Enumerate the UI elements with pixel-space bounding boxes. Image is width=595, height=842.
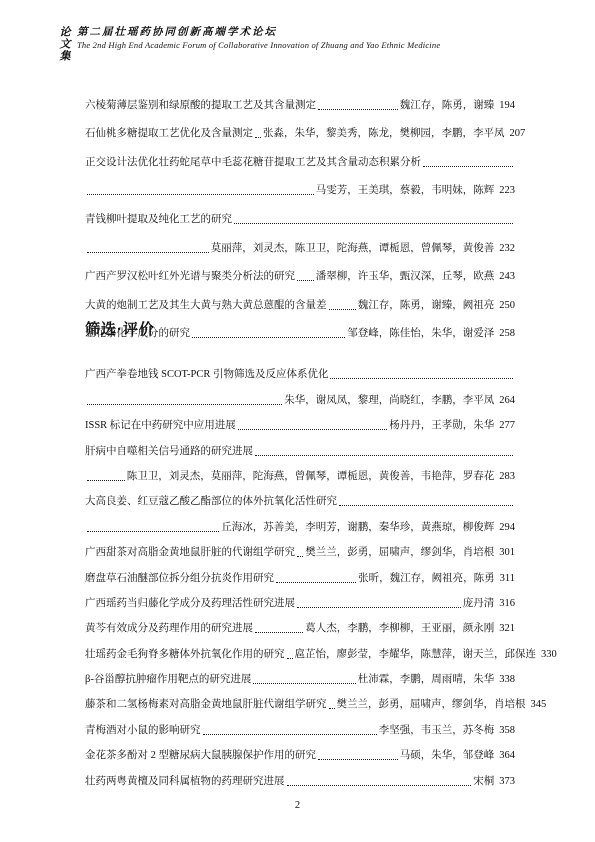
forum-title-english: The 2nd High End Academic Forum of Colla… xyxy=(77,40,440,50)
entry-authors-page: 扈芷怡，廖彭莹，李耀华，陈慧萍，谢天兰，邱保连330 xyxy=(295,648,557,662)
entry-title: 广西瑶药当归藤化学成分及药理活性研究进展 xyxy=(85,597,295,611)
entry-page-number: 223 xyxy=(499,185,515,196)
entry-title: 正交设计法优化壮药蛇尾草中毛蕊花糖苷提取工艺及其含量动态积累分析 xyxy=(85,156,421,170)
dot-leader xyxy=(329,309,356,310)
toc-entry-line: 藤茶和二氢杨梅素对高脂金黄地鼠肝脏代谢组学研究樊兰兰，彭勇，屈啸声，缪剑华，肖培… xyxy=(85,687,515,712)
toc-entry-line: 壮瑶药金毛狗脊多糖体外抗氧化作用的研究扈芷怡，廖彭莹，李耀华，陈慧萍，谢天兰，邱… xyxy=(85,636,515,661)
toc-entry-line: 广西产拳卷地钱 SCOT-PCR 引物筛选及反应体系优化 xyxy=(85,357,515,382)
entry-page-number: 373 xyxy=(499,776,515,787)
entry-title: 石仙桃多糖提取工艺优化及含量测定 xyxy=(85,127,253,141)
dot-leader xyxy=(255,455,513,456)
toc-entry-continuation-line: 朱华，谢凤凤，黎理，尚晓红，李鹏，李平凤264 xyxy=(85,382,515,407)
dot-leader xyxy=(318,759,398,760)
entry-title: 青钱柳叶提取及纯化工艺的研究 xyxy=(85,213,232,227)
entry-title: 磨盘草石油醚部位拆分组分抗炎作用研究 xyxy=(85,572,274,586)
entry-authors-page: 李坚强，韦玉兰，苏冬梅358 xyxy=(379,724,515,738)
entry-authors: 张淼，朱华，黎美秀，陈龙，樊柳园，李鹏，李平凤 xyxy=(263,128,505,139)
entry-authors: 潘翠柳，许玉华，甄汉深，丘琴，欧燕 xyxy=(316,271,495,282)
entry-authors-page: 魏江存，陈勇，谢臻194 xyxy=(400,99,515,113)
toc-entry-line: 肝病中自噬相关信号通路的研究进展 xyxy=(85,433,515,458)
toc-entry-line: 石仙桃多糖提取工艺优化及含量测定张淼，朱华，黎美秀，陈龙，樊柳园，李鹏，李平凤2… xyxy=(85,113,515,142)
entry-authors-page: 张淼，朱华，黎美秀，陈龙，樊柳园，李鹏，李平凤207 xyxy=(263,127,525,141)
toc-entry-continuation-line: 丘海冰，苏善美，李明芳，谢鹏，秦华珍，黄燕琼，柳俊辉294 xyxy=(85,509,515,534)
entry-authors: 张昕，魏江存，阙祖亮，陈勇 xyxy=(358,573,495,584)
toc-entry-line: 大黄的炮制工艺及其生大黄与熟大黄总蒽醌的含量差魏江存，陈勇，谢臻，阙祖亮250 xyxy=(85,284,515,313)
entry-authors-page: 马雯芳，王美琪，蔡毅，韦明妹，陈辉223 xyxy=(316,184,515,198)
toc-entry-continuation-line: 陈卫卫，刘灵杰，莫丽萍，陀海燕，曾佩琴，谭栀恩，黄俊善，韦艳萍，罗春花283 xyxy=(85,459,515,484)
entry-authors-page: 陈卫卫，刘灵杰，莫丽萍，陀海燕，曾佩琴，谭栀恩，黄俊善，韦艳萍，罗春花283 xyxy=(127,470,515,484)
entry-title: 广西产拳卷地钱 SCOT-PCR 引物筛选及反应体系优化 xyxy=(85,368,328,382)
entry-authors-page: 杜沛霖，李鹏，周雨晴，朱华338 xyxy=(358,673,515,687)
entry-page-number: 232 xyxy=(499,243,515,254)
entry-authors: 杜沛霖，李鹏，周雨晴，朱华 xyxy=(358,674,495,685)
entry-page-number: 321 xyxy=(499,623,515,634)
entry-title: 肝病中自噬相关信号通路的研究进展 xyxy=(85,445,253,459)
toc-entry-line: 广西甜茶对高脂金黄地鼠肝脏的代谢组学研究樊兰兰，彭勇，屈啸声，缪剑华，肖培根30… xyxy=(85,535,515,560)
dot-leader xyxy=(423,166,513,167)
entry-authors-page: 庞丹清316 xyxy=(463,597,515,611)
entry-title: 金花茶多酚对 2 型糖尿病大鼠胰腺保护作用的研究 xyxy=(85,749,316,763)
entry-page-number: 207 xyxy=(510,128,526,139)
entry-page-number: 294 xyxy=(499,522,515,533)
toc-entry-line: 正交设计法优化壮药蛇尾草中毛蕊花糖苷提取工艺及其含量动态积累分析 xyxy=(85,141,515,170)
dot-leader xyxy=(297,607,461,608)
entry-authors: 魏江存，陈勇，谢臻 xyxy=(400,100,495,111)
entry-authors: 陈卫卫，刘灵杰，莫丽萍，陀海燕，曾佩琴，谭栀恩，黄俊善，韦艳萍，罗春花 xyxy=(127,471,495,482)
entry-title: 广西甜茶对高脂金黄地鼠肝脏的代谢组学研究 xyxy=(85,546,295,560)
toc-entry-line: 黄芩有效成分及药理作用的研究进展葛人杰，李鹏，李柳柳，王亚丽，颜永刚321 xyxy=(85,611,515,636)
toc-block-extraction: 六棱菊薄层鉴别和绿原酸的提取工艺及其含量测定魏江存，陈勇，谢臻194石仙桃多糖提… xyxy=(85,84,515,341)
entry-authors: 莫丽萍，刘灵杰，陈卫卫，陀海燕，谭栀恩，曾佩琴，黄俊善 xyxy=(211,243,495,254)
entry-authors-page: 丘海冰，苏善美，李明芳，谢鹏，秦华珍，黄燕琼，柳俊辉294 xyxy=(221,521,515,535)
dot-leader xyxy=(87,194,314,195)
section-heading-screening-evaluation: 筛选·评价 xyxy=(85,318,155,339)
entry-title: β-谷甾醇抗肿瘤作用靶点的研究进展 xyxy=(85,673,251,687)
entry-title: 壮药两粤黄檀及同科属植物的药理研究进展 xyxy=(85,775,285,789)
dot-leader xyxy=(253,683,355,684)
entry-authors-page: 宋桐373 xyxy=(473,775,515,789)
entry-page-number: 258 xyxy=(499,328,515,339)
entry-page-number: 311 xyxy=(500,573,515,584)
toc-entry-line: 广西瑶药当归藤化学成分及药理活性研究进展庞丹清316 xyxy=(85,586,515,611)
dot-leader xyxy=(234,223,513,224)
entry-authors-page: 朱华，谢凤凤，黎理，尚晓红，李鹏，李平凤264 xyxy=(284,394,515,408)
dot-leader xyxy=(329,708,335,709)
entry-authors: 樊兰兰，彭勇，屈啸声，缪剑华，肖培根 xyxy=(305,547,494,558)
entry-authors: 邹登峰，陈佳怡，朱华，谢爱泽 xyxy=(347,328,494,339)
entry-title: 壮瑶药金毛狗脊多糖体外抗氧化作用的研究 xyxy=(85,648,285,662)
dot-leader xyxy=(87,252,209,253)
entry-page-number: 250 xyxy=(499,300,515,311)
entry-authors-page: 张昕，魏江存，阙祖亮，陈勇311 xyxy=(358,572,515,586)
entry-authors: 杨丹丹，王孝勋，朱华 xyxy=(389,420,494,431)
entry-authors-page: 潘翠柳，许玉华，甄汉深，丘琴，欧燕243 xyxy=(316,270,515,284)
entry-authors: 李坚强，韦玉兰，苏冬梅 xyxy=(379,725,495,736)
dot-leader xyxy=(287,658,293,659)
forum-title-chinese: 第二届壮瑶药协同创新高端学术论坛 xyxy=(77,24,440,39)
entry-authors: 马硕，朱华，邹登峰 xyxy=(400,750,495,761)
dot-leader xyxy=(276,582,356,583)
entry-authors-page: 马硕，朱华，邹登峰364 xyxy=(400,749,515,763)
footer-page-number: 2 xyxy=(0,800,595,811)
dot-leader xyxy=(339,505,513,506)
entry-title: 藤茶和二氢杨梅素对高脂金黄地鼠肝脏代谢组学研究 xyxy=(85,698,327,712)
entry-authors: 丘海冰，苏善美，李明芳，谢鹏，秦华珍，黄燕琼，柳俊辉 xyxy=(221,522,494,533)
toc-entry-line: 壮药两粤黄檀及同科属植物的药理研究进展宋桐373 xyxy=(85,763,515,788)
dot-leader xyxy=(238,429,387,430)
entry-authors: 樊兰兰，彭勇，屈啸声，缪剑华，肖培根 xyxy=(337,699,526,710)
entry-page-number: 338 xyxy=(499,674,515,685)
entry-page-number: 301 xyxy=(499,547,515,558)
toc-entry-line: 青钱柳叶提取及纯化工艺的研究 xyxy=(85,198,515,227)
toc-entry-line: 大高良姜、红豆蔻乙酸乙酯部位的体外抗氧化活性研究 xyxy=(85,484,515,509)
page-header: 论文集 第二届壮瑶药协同创新高端学术论坛 The 2nd High End Ac… xyxy=(58,24,535,62)
toc-entry-line: 青梅酒对小鼠的影响研究李坚强，韦玉兰，苏冬梅358 xyxy=(85,712,515,737)
dot-leader xyxy=(297,556,303,557)
toc-entry-line: 金花茶多酚对 2 型糖尿病大鼠胰腺保护作用的研究马硕，朱华，邹登峰364 xyxy=(85,738,515,763)
dot-leader xyxy=(87,404,282,405)
entry-title: 青梅酒对小鼠的影响研究 xyxy=(85,724,201,738)
entry-page-number: 277 xyxy=(499,420,515,431)
entry-authors: 葛人杰，李鹏，李柳柳，王亚丽，颜永刚 xyxy=(305,623,494,634)
entry-title: 六棱菊薄层鉴别和绿原酸的提取工艺及其含量测定 xyxy=(85,99,316,113)
entry-title: 黄芩有效成分及药理作用的研究进展 xyxy=(85,622,253,636)
dot-leader xyxy=(87,531,219,532)
toc-entry-continuation-line: 马雯芳，王美琪，蔡毅，韦明妹，陈辉223 xyxy=(85,170,515,199)
entry-authors-page: 樊兰兰，彭勇，屈啸声，缪剑华，肖培根345 xyxy=(337,698,547,712)
entry-authors-page: 葛人杰，李鹏，李柳柳，王亚丽，颜永刚321 xyxy=(305,622,515,636)
dot-leader xyxy=(287,785,472,786)
dot-leader xyxy=(203,734,377,735)
entry-title: 大黄的炮制工艺及其生大黄与熟大黄总蒽醌的含量差 xyxy=(85,299,327,313)
entry-page-number: 364 xyxy=(499,750,515,761)
entry-page-number: 316 xyxy=(499,598,515,609)
entry-page-number: 194 xyxy=(499,100,515,111)
entry-authors: 魏江存，陈勇，谢臻，阙祖亮 xyxy=(358,300,495,311)
entry-authors-page: 杨丹丹，王孝勋，朱华277 xyxy=(389,419,515,433)
entry-authors: 扈芷怡，廖彭莹，李耀华，陈慧萍，谢天兰，邱保连 xyxy=(295,649,537,660)
entry-authors-page: 樊兰兰，彭勇，屈啸声，缪剑华，肖培根301 xyxy=(305,546,515,560)
toc-block-screening-evaluation: 广西产拳卷地钱 SCOT-PCR 引物筛选及反应体系优化朱华，谢凤凤，黎理，尚晓… xyxy=(85,357,515,789)
entry-authors: 朱华，谢凤凤，黎理，尚晓红，李鹏，李平凤 xyxy=(284,395,494,406)
proceedings-logo: 论文集 xyxy=(58,24,69,62)
dot-leader xyxy=(255,137,261,138)
entry-page-number: 330 xyxy=(541,649,557,660)
dot-leader xyxy=(318,109,398,110)
entry-authors-page: 莫丽萍，刘灵杰，陈卫卫，陀海燕，谭栀恩，曾佩琴，黄俊善232 xyxy=(211,242,515,256)
header-titles: 第二届壮瑶药协同创新高端学术论坛 The 2nd High End Academ… xyxy=(77,24,440,50)
toc-entry-line: 广西产罗汉松叶红外光谱与聚类分析法的研究潘翠柳，许玉华，甄汉深，丘琴，欧燕243 xyxy=(85,256,515,285)
dot-leader xyxy=(192,337,345,338)
entry-title: 广西产罗汉松叶红外光谱与聚类分析法的研究 xyxy=(85,270,295,284)
entry-authors-page: 魏江存，陈勇，谢臻，阙祖亮250 xyxy=(358,299,515,313)
dot-leader xyxy=(87,480,125,481)
toc-entry-line: 磨盘草石油醚部位拆分组分抗炎作用研究张昕，魏江存，阙祖亮，陈勇311 xyxy=(85,560,515,585)
entry-title: ISSR 标记在中药研究中应用进展 xyxy=(85,419,236,433)
dot-leader xyxy=(330,378,513,379)
document-page: 论文集 第二届壮瑶药协同创新高端学术论坛 The 2nd High End Ac… xyxy=(0,0,595,842)
entry-authors-page: 邹登峰，陈佳怡，朱华，谢爱泽258 xyxy=(347,327,515,341)
entry-authors: 马雯芳，王美琪，蔡毅，韦明妹，陈辉 xyxy=(316,185,495,196)
entry-page-number: 283 xyxy=(499,471,515,482)
toc-entry-line: ISSR 标记在中药研究中应用进展杨丹丹，王孝勋，朱华277 xyxy=(85,408,515,433)
entry-authors: 庞丹清 xyxy=(463,598,495,609)
toc-entry-line: 六棱菊薄层鉴别和绿原酸的提取工艺及其含量测定魏江存，陈勇，谢臻194 xyxy=(85,84,515,113)
entry-page-number: 264 xyxy=(499,395,515,406)
toc-entry-continuation-line: 莫丽萍，刘灵杰，陈卫卫，陀海燕，谭栀恩，曾佩琴，黄俊善232 xyxy=(85,227,515,256)
entry-title: 大高良姜、红豆蔻乙酸乙酯部位的体外抗氧化活性研究 xyxy=(85,495,337,509)
toc-entry-line: β-谷甾醇抗肿瘤作用靶点的研究进展杜沛霖，李鹏，周雨晴，朱华338 xyxy=(85,662,515,687)
entry-authors: 宋桐 xyxy=(473,776,494,787)
entry-page-number: 358 xyxy=(499,725,515,736)
entry-page-number: 243 xyxy=(499,271,515,282)
dot-leader xyxy=(297,280,314,281)
dot-leader xyxy=(255,632,303,633)
entry-page-number: 345 xyxy=(531,699,547,710)
